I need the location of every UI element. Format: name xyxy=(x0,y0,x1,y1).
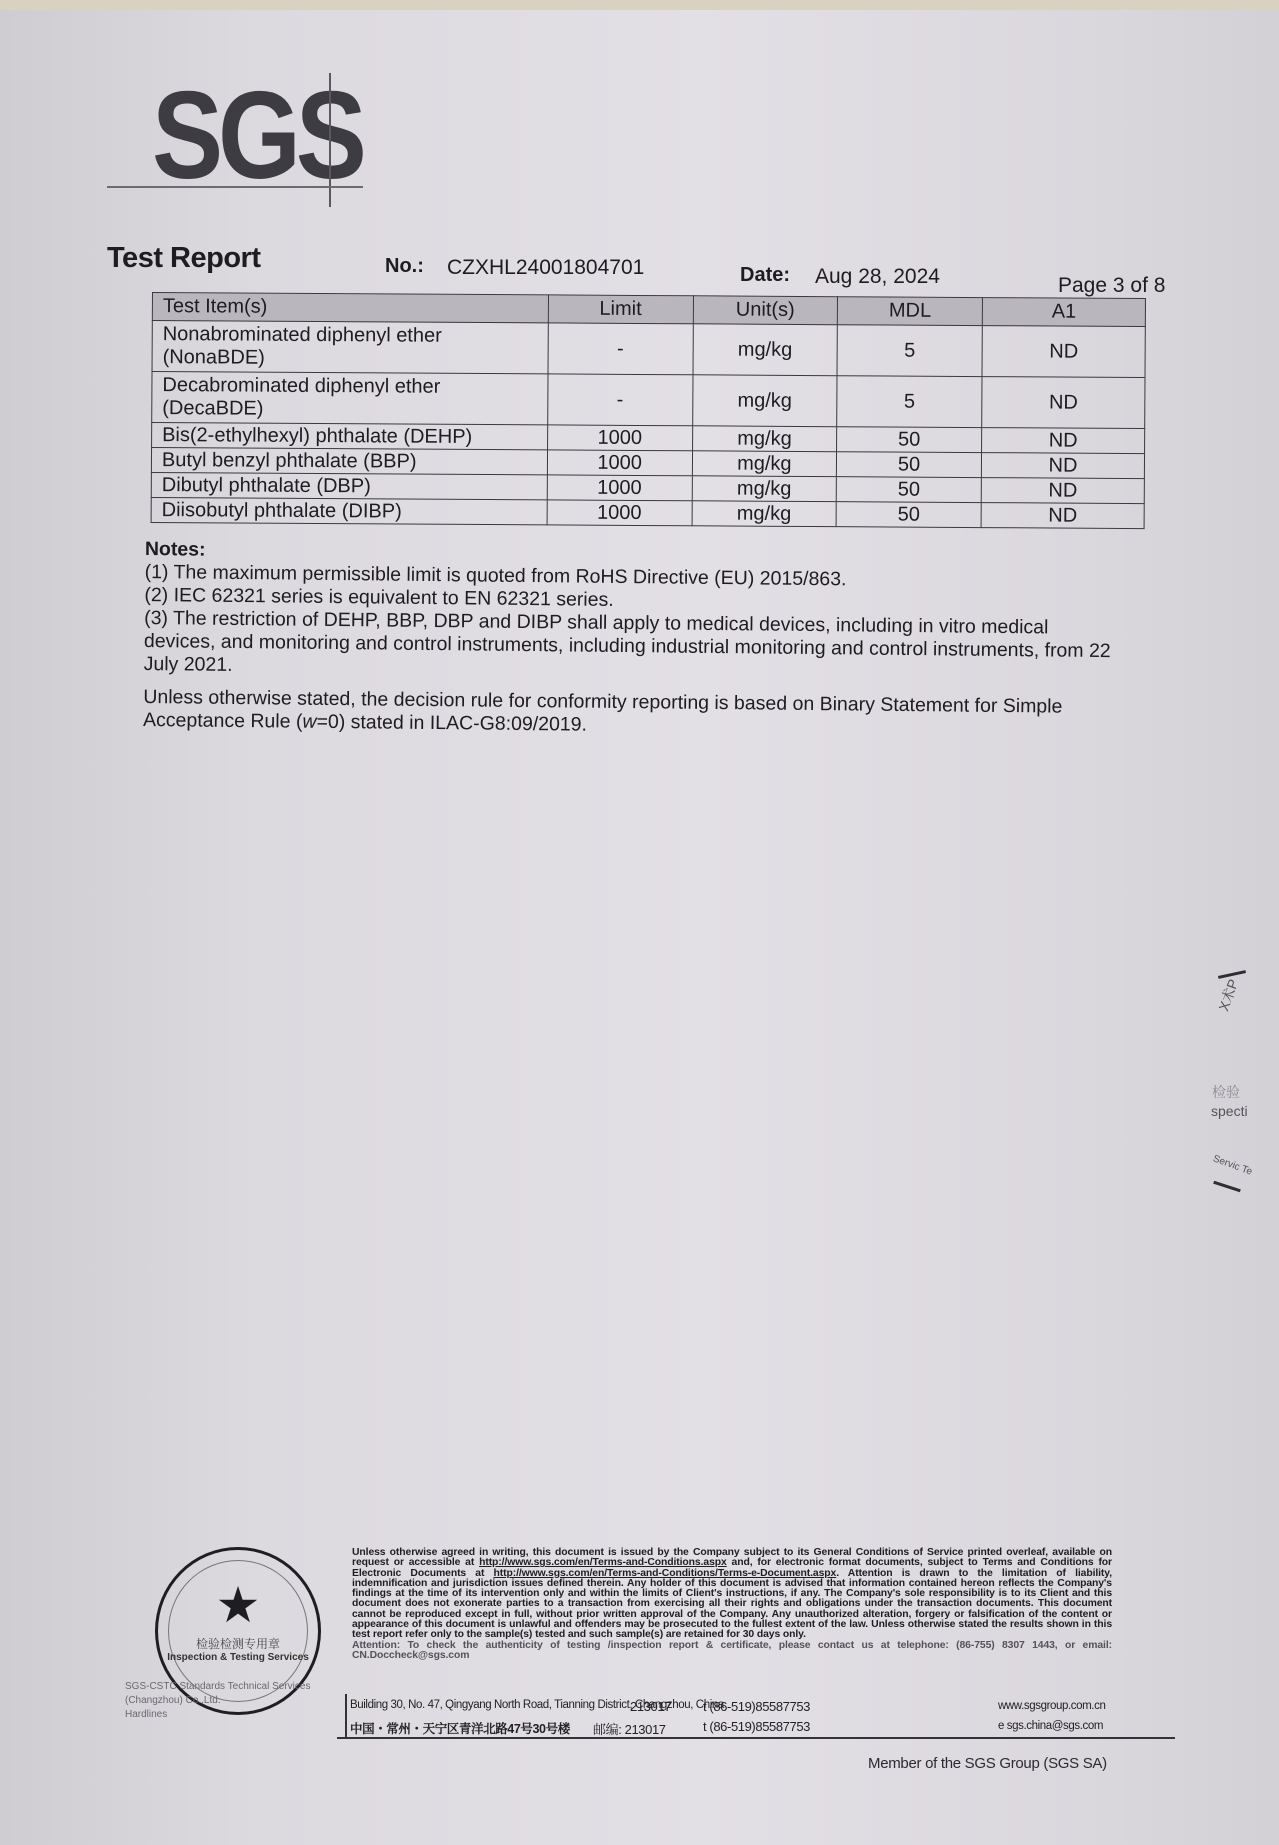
result-cell: ND xyxy=(981,503,1144,529)
limit-cell: - xyxy=(548,323,693,375)
edge-stamp-line xyxy=(1218,970,1246,979)
mdl-cell: 5 xyxy=(837,325,982,377)
rule-text: =0) stated in ILAC-G8:09/2019. xyxy=(316,711,587,736)
seal-division: Hardlines xyxy=(125,1708,325,1722)
seal-company: SGS-CSTC Standards Technical Services (C… xyxy=(125,1680,325,1722)
result-cell: ND xyxy=(982,377,1145,429)
phone-cn: t (86-519)85587753 xyxy=(703,1719,810,1734)
seal-cn-text: 检验检测专用章 xyxy=(158,1635,318,1652)
test-item-name: Decabrominated diphenyl ether xyxy=(162,374,440,398)
disclaimer-text: . Attention is drawn to the limitation o… xyxy=(352,1568,1112,1641)
column-header-mdl: MDL xyxy=(837,297,982,326)
limit-cell: 1000 xyxy=(547,450,692,476)
note-item: (3) The restriction of DEHP, BBP, DBP an… xyxy=(144,607,1125,686)
report-title: Test Report xyxy=(107,242,260,275)
table-row: Diisobutyl phthalate (DIBP) 1000 mg/kg 5… xyxy=(151,497,1144,528)
mdl-cell: 50 xyxy=(836,452,981,478)
unit-cell: mg/kg xyxy=(692,375,837,427)
address-rule xyxy=(345,1694,347,1738)
notes-section: Notes: (1) The maximum permissible limit… xyxy=(143,538,1125,742)
test-item-abbrev: (NonaBDE) xyxy=(163,346,265,369)
test-item-abbrev: (DecaBDE) xyxy=(162,397,263,420)
result-cell: ND xyxy=(982,326,1145,378)
edge-stamp-text: Servic Te xyxy=(1211,1153,1253,1177)
result-cell: ND xyxy=(982,428,1145,454)
page-number: Page 3 of 8 xyxy=(1058,274,1165,298)
table-row: Nonabrominated diphenyl ether(NonaBDE) -… xyxy=(152,321,1145,378)
seal-en-text: Inspection & Testing Services xyxy=(158,1652,318,1663)
star-icon: ★ xyxy=(158,1580,318,1630)
mdl-cell: 50 xyxy=(836,477,981,503)
limit-cell: - xyxy=(547,374,692,426)
report-date: Aug 28, 2024 xyxy=(815,265,940,289)
website[interactable]: www.sgsgroup.com.cn xyxy=(998,1700,1105,1712)
address-cn: 中国・常州・天宁区青洋北路47号30号楼 xyxy=(350,1719,570,1737)
limit-cell: 1000 xyxy=(547,425,692,451)
footer-rule xyxy=(337,1737,1175,1739)
test-item-cell: Dibutyl phthalate (DBP) xyxy=(151,472,547,499)
result-cell: ND xyxy=(982,453,1145,479)
column-header-a1: A1 xyxy=(982,298,1145,327)
edge-stamp-line xyxy=(1213,1181,1241,1193)
mdl-cell: 5 xyxy=(837,376,982,428)
logo-horizontal-rule xyxy=(107,186,363,188)
column-header-test-item: Test Item(s) xyxy=(152,293,548,323)
decision-rule-statement: Unless otherwise stated, the decision ru… xyxy=(143,686,1123,742)
unit-cell: mg/kg xyxy=(692,476,836,502)
legal-disclaimer: Unless otherwise agreed in writing, this… xyxy=(352,1548,1112,1661)
mdl-cell: 50 xyxy=(837,427,982,453)
page-top-edge xyxy=(0,0,1279,10)
seal-company-name: SGS-CSTC Standards Technical Services (C… xyxy=(125,1680,325,1708)
postcode-en: 213017 xyxy=(630,1699,671,1714)
column-header-limit: Limit xyxy=(548,295,693,324)
unit-cell: mg/kg xyxy=(693,324,838,376)
result-cell: ND xyxy=(981,478,1144,504)
test-item-cell: Butyl benzyl phthalate (BBP) xyxy=(151,448,547,475)
unit-cell: mg/kg xyxy=(692,426,836,452)
edge-signature: X术P xyxy=(1213,976,1243,1014)
test-item-cell: Bis(2-ethylhexyl) phthalate (DEHP) xyxy=(152,423,548,450)
authenticity-notice: Attention: To check the authenticity of … xyxy=(352,1641,1112,1662)
limit-cell: 1000 xyxy=(547,475,692,501)
report-number-label: No.: xyxy=(385,255,424,278)
test-item-cell: Nonabrominated diphenyl ether(NonaBDE) xyxy=(152,321,548,374)
report-number: CZXHL24001804701 xyxy=(447,256,644,280)
edge-stamp-text: specti xyxy=(1211,1103,1248,1119)
rule-text: Unless otherwise stated, the decision ru… xyxy=(143,686,1063,733)
column-header-unit: Unit(s) xyxy=(693,296,837,325)
unit-cell: mg/kg xyxy=(692,501,836,527)
results-table: Test Item(s) Limit Unit(s) MDL A1 Nonabr… xyxy=(151,292,1146,529)
member-statement: Member of the SGS Group (SGS SA) xyxy=(868,1755,1107,1772)
table-row: Decabrominated diphenyl ether(DecaBDE) -… xyxy=(152,372,1145,429)
email[interactable]: e sgs.china@sgs.com xyxy=(998,1720,1103,1732)
limit-cell: 1000 xyxy=(547,500,692,526)
mdl-cell: 50 xyxy=(836,502,981,528)
test-item-cell: Diisobutyl phthalate (DIBP) xyxy=(151,497,547,524)
edge-stamp-text: 检验 xyxy=(1212,1082,1240,1102)
unit-cell: mg/kg xyxy=(692,451,836,477)
test-item-name: Nonabrominated diphenyl ether xyxy=(163,323,442,347)
date-label: Date: xyxy=(740,264,790,287)
rule-w-symbol: w xyxy=(302,711,316,733)
test-item-cell: Decabrominated diphenyl ether(DecaBDE) xyxy=(152,372,548,425)
postcode-cn: 邮编: 213017 xyxy=(593,1719,666,1738)
phone-en: t (86-519)85587753 xyxy=(703,1699,810,1714)
